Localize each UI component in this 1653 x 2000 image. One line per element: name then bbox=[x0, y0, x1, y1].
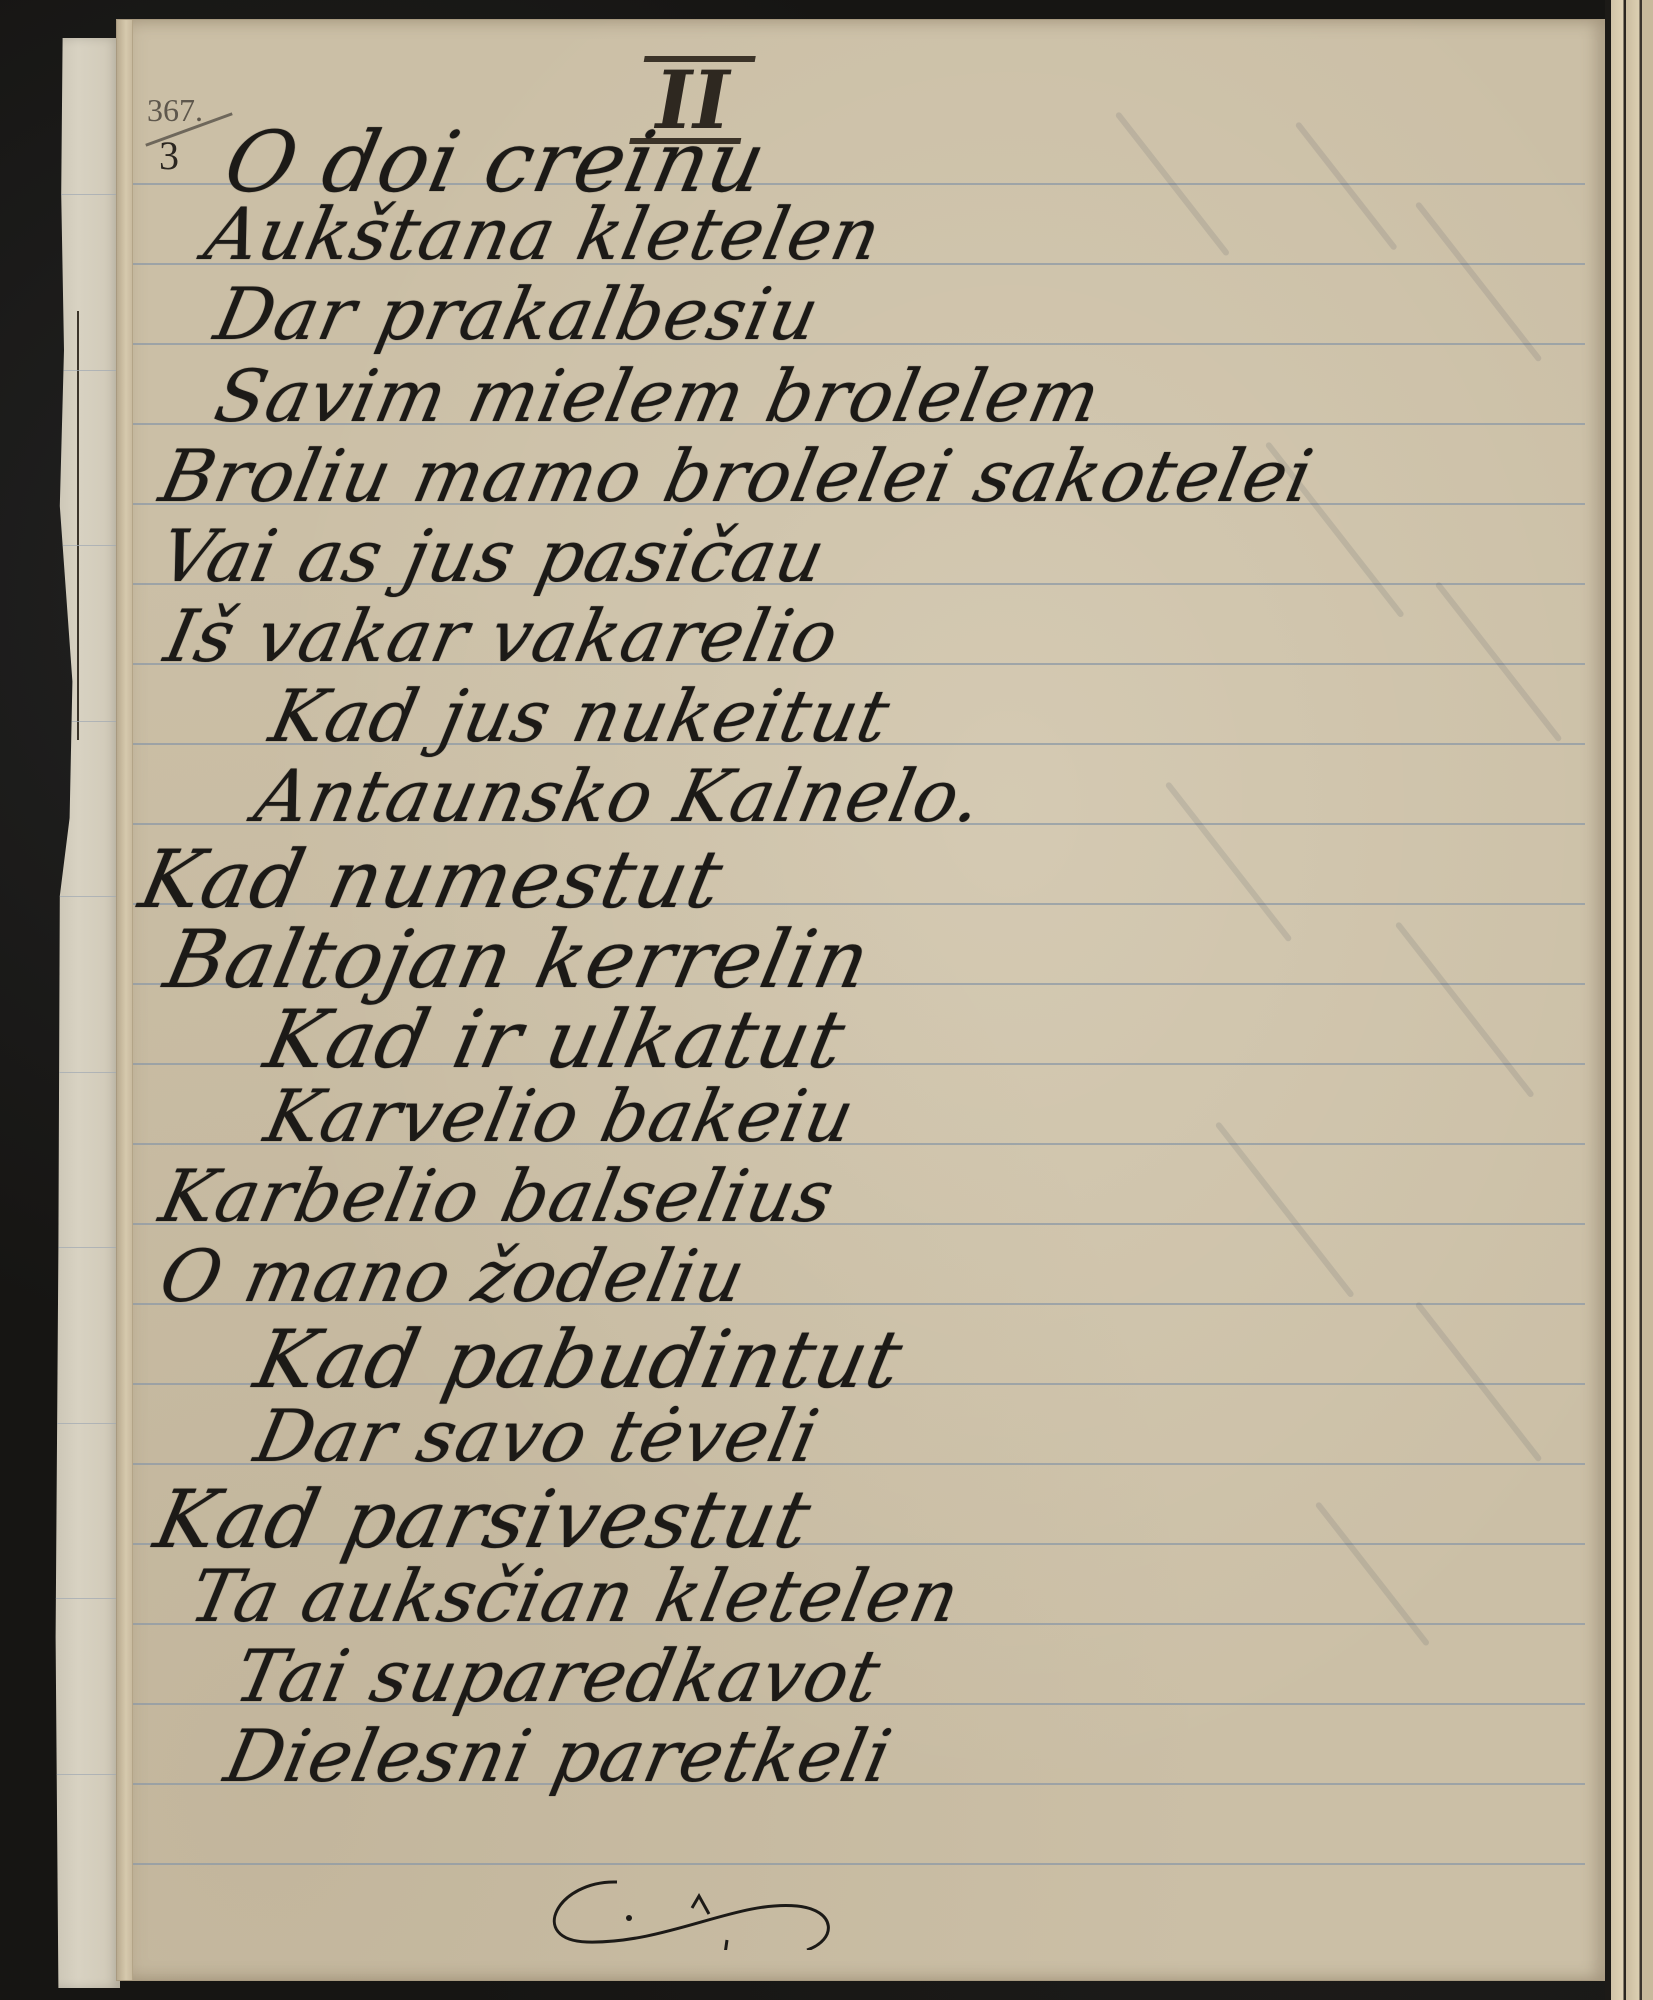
song-line: Dielesni paretkeli bbox=[219, 1720, 898, 1792]
ruling-line bbox=[50, 896, 120, 897]
song-line: Ta auksčian kletelen bbox=[184, 1560, 966, 1632]
bleed-through-stroke bbox=[1315, 1501, 1431, 1647]
song-line: Kad pabudintut bbox=[248, 1320, 909, 1400]
song-line: O mano žodeliu bbox=[154, 1240, 751, 1312]
song-line: Dar prakalbesiu bbox=[209, 278, 825, 350]
song-line: Aukštana kletelen bbox=[199, 198, 887, 270]
bleed-through-stroke bbox=[1295, 121, 1398, 251]
song-line: Baltojan kerrelin bbox=[158, 920, 876, 1000]
archive-reference-number: 367. bbox=[147, 92, 203, 129]
ruling-line bbox=[50, 1423, 120, 1424]
ruling-line bbox=[50, 1072, 120, 1073]
binding-fold bbox=[77, 311, 79, 740]
ruling-line bbox=[50, 1598, 120, 1599]
bleed-through-stroke bbox=[1215, 1121, 1355, 1298]
song-line: Antaunsko Kalnelo. bbox=[249, 760, 989, 832]
song-line: Vai as jus pasičau bbox=[154, 520, 831, 592]
signature-flourish-icon bbox=[537, 1860, 857, 1950]
page-spine bbox=[117, 20, 133, 1980]
bleed-through-stroke bbox=[1435, 581, 1563, 742]
song-line: Kad jus nukeitut bbox=[264, 680, 896, 752]
song-line: Dar savo tėveli bbox=[249, 1400, 825, 1472]
song-line: Savim mielem brolelem bbox=[209, 360, 1107, 432]
song-line: Karvelio bakeiu bbox=[259, 1080, 861, 1152]
bleed-through-stroke bbox=[1415, 1301, 1543, 1462]
song-line: Kad parsivestut bbox=[148, 1480, 817, 1560]
adjacent-page-edges bbox=[1605, 0, 1653, 2000]
reference-number-text: 367. bbox=[147, 92, 203, 128]
ruling-line bbox=[133, 1863, 1585, 1865]
song-line: Tai suparedkavot bbox=[229, 1640, 887, 1712]
song-line: Broliu mamo brolelei sakotelei bbox=[154, 440, 1319, 512]
bleed-through-stroke bbox=[1395, 921, 1535, 1098]
song-line: Karbelio balselius bbox=[154, 1160, 840, 1232]
ruling-line bbox=[50, 1774, 120, 1775]
song-line: Iš vakar vakarelio bbox=[159, 600, 845, 672]
song-line: Kad ir ulkatut bbox=[258, 1000, 851, 1080]
ruling-line bbox=[50, 1247, 120, 1248]
reference-subnumber: 3 bbox=[159, 132, 179, 179]
song-line: Kad numestut bbox=[133, 840, 729, 920]
signature: C. A. I, bbox=[537, 1860, 857, 1950]
notebook-page: 367. 3 II O doi creinu Aukštana kletelen… bbox=[117, 20, 1605, 1980]
bleed-through-stroke bbox=[1415, 201, 1543, 362]
bleed-through-stroke bbox=[1165, 781, 1293, 942]
